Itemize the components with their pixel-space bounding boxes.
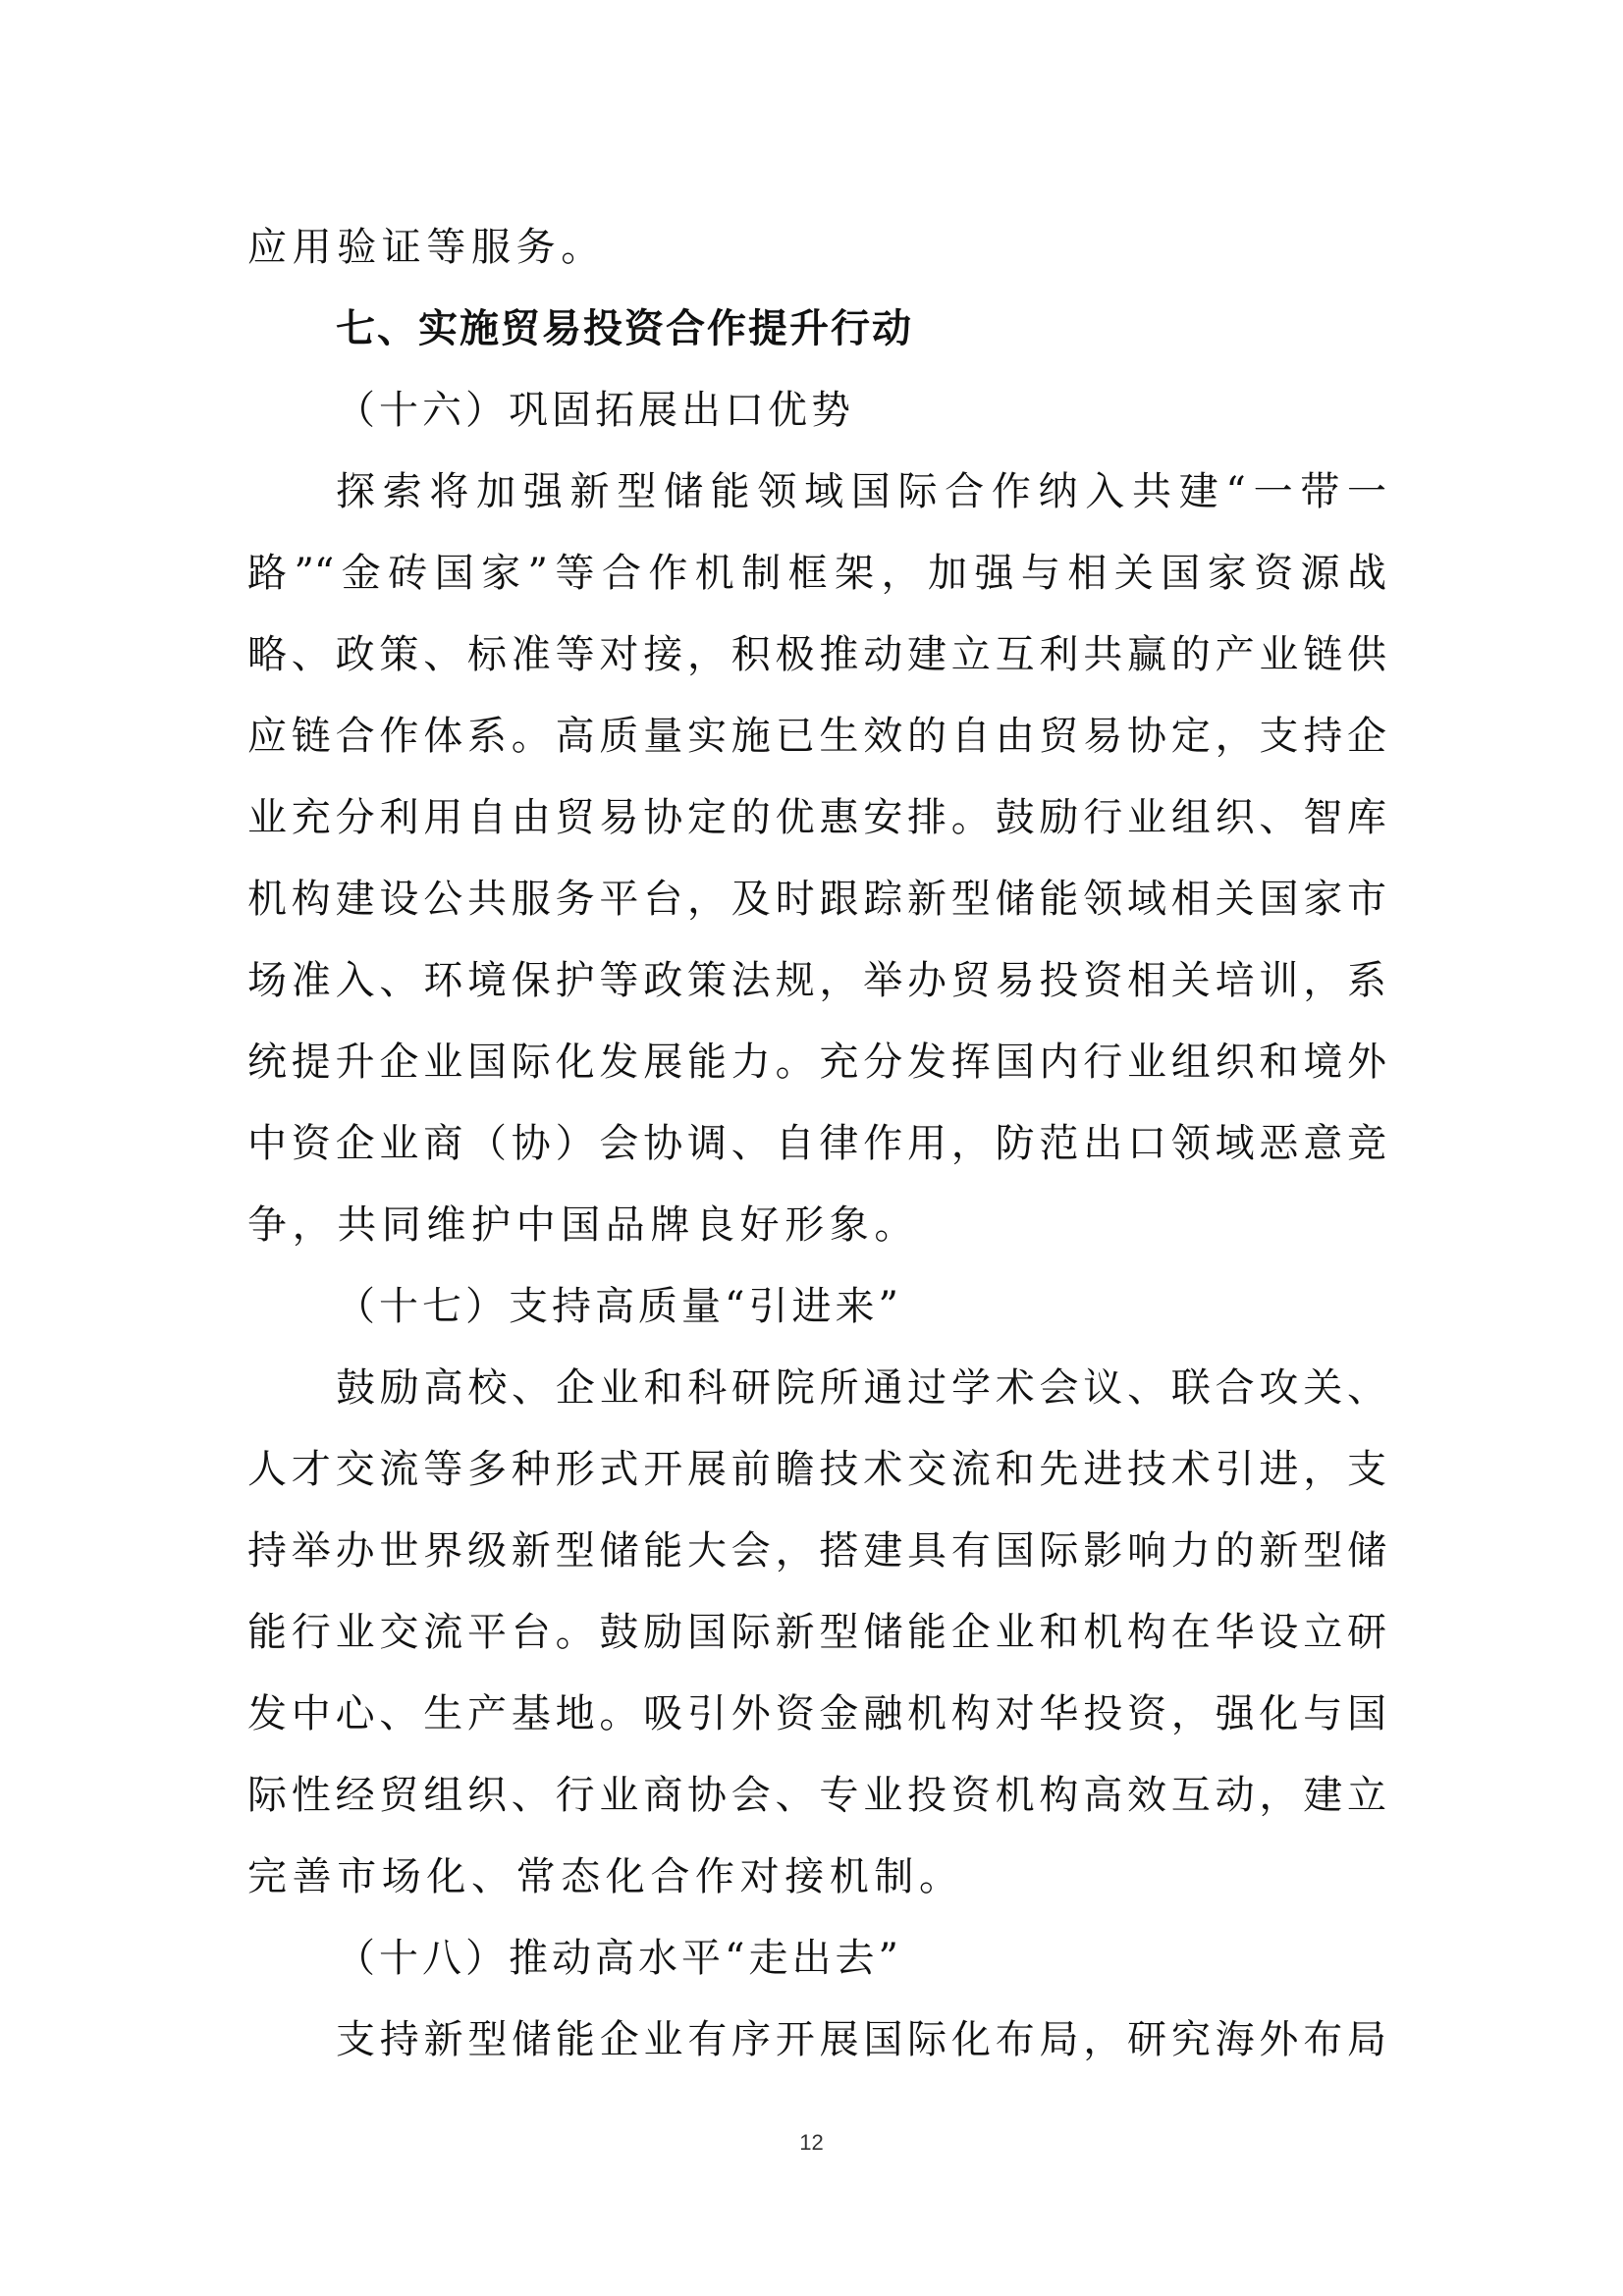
body-line: 能行业交流平台。鼓励国际新型储能企业和机构在华设立研 xyxy=(247,1603,1386,1662)
body-line: 业充分利用自由贸易协定的优惠安排。鼓励行业组织、智库 xyxy=(247,788,1386,847)
paragraph-first-line: 探索将加强新型储能领域国际合作纳入共建“一带一 xyxy=(336,462,1386,521)
body-line: 略、政策、标准等对接，积极推动建立互利共赢的产业链供 xyxy=(247,625,1386,684)
body-line: 应用验证等服务。 xyxy=(247,218,1386,277)
body-line: 机构建设公共服务平台，及时跟踪新型储能领域相关国家市 xyxy=(247,870,1386,929)
subsection-heading: （十六）巩固拓展出口优势 xyxy=(336,381,1386,440)
body-line: 发中心、生产基地。吸引外资金融机构对华投资，强化与国 xyxy=(247,1684,1386,1743)
body-line: 统提升企业国际化发展能力。充分发挥国内行业组织和境外 xyxy=(247,1033,1386,1092)
body-line: 路”“金砖国家”等合作机制框架，加强与相关国家资源战 xyxy=(247,544,1386,603)
body-line: 完善市场化、常态化合作对接机制。 xyxy=(247,1847,1386,1906)
page-number: 12 xyxy=(0,2130,1623,2156)
body-line: 际性经贸组织、行业商协会、专业投资机构高效互动，建立 xyxy=(247,1766,1386,1825)
body-line: 中资企业商（协）会协调、自律作用，防范出口领域恶意竞 xyxy=(247,1114,1386,1173)
section-heading: 七、实施贸易投资合作提升行动 xyxy=(336,299,1386,358)
body-line: 争，共同维护中国品牌良好形象。 xyxy=(247,1196,1386,1255)
subsection-heading: （十七）支持高质量“引进来” xyxy=(336,1277,1386,1336)
paragraph-first-line: 支持新型储能企业有序开展国际化布局，研究海外布局 xyxy=(336,2010,1386,2069)
paragraph-first-line: 鼓励高校、企业和科研院所通过学术会议、联合攻关、 xyxy=(336,1359,1386,1417)
body-line: 人才交流等多种形式开展前瞻技术交流和先进技术引进，支 xyxy=(247,1440,1386,1499)
body-line: 场准入、环境保护等政策法规，举办贸易投资相关培训，系 xyxy=(247,951,1386,1010)
subsection-heading: （十八）推动高水平“走出去” xyxy=(336,1929,1386,1988)
body-line: 持举办世界级新型储能大会，搭建具有国际影响力的新型储 xyxy=(247,1522,1386,1580)
body-line: 应链合作体系。高质量实施已生效的自由贸易协定，支持企 xyxy=(247,707,1386,766)
document-page: 应用验证等服务。 七、实施贸易投资合作提升行动 （十六）巩固拓展出口优势 探索将… xyxy=(0,0,1623,2296)
